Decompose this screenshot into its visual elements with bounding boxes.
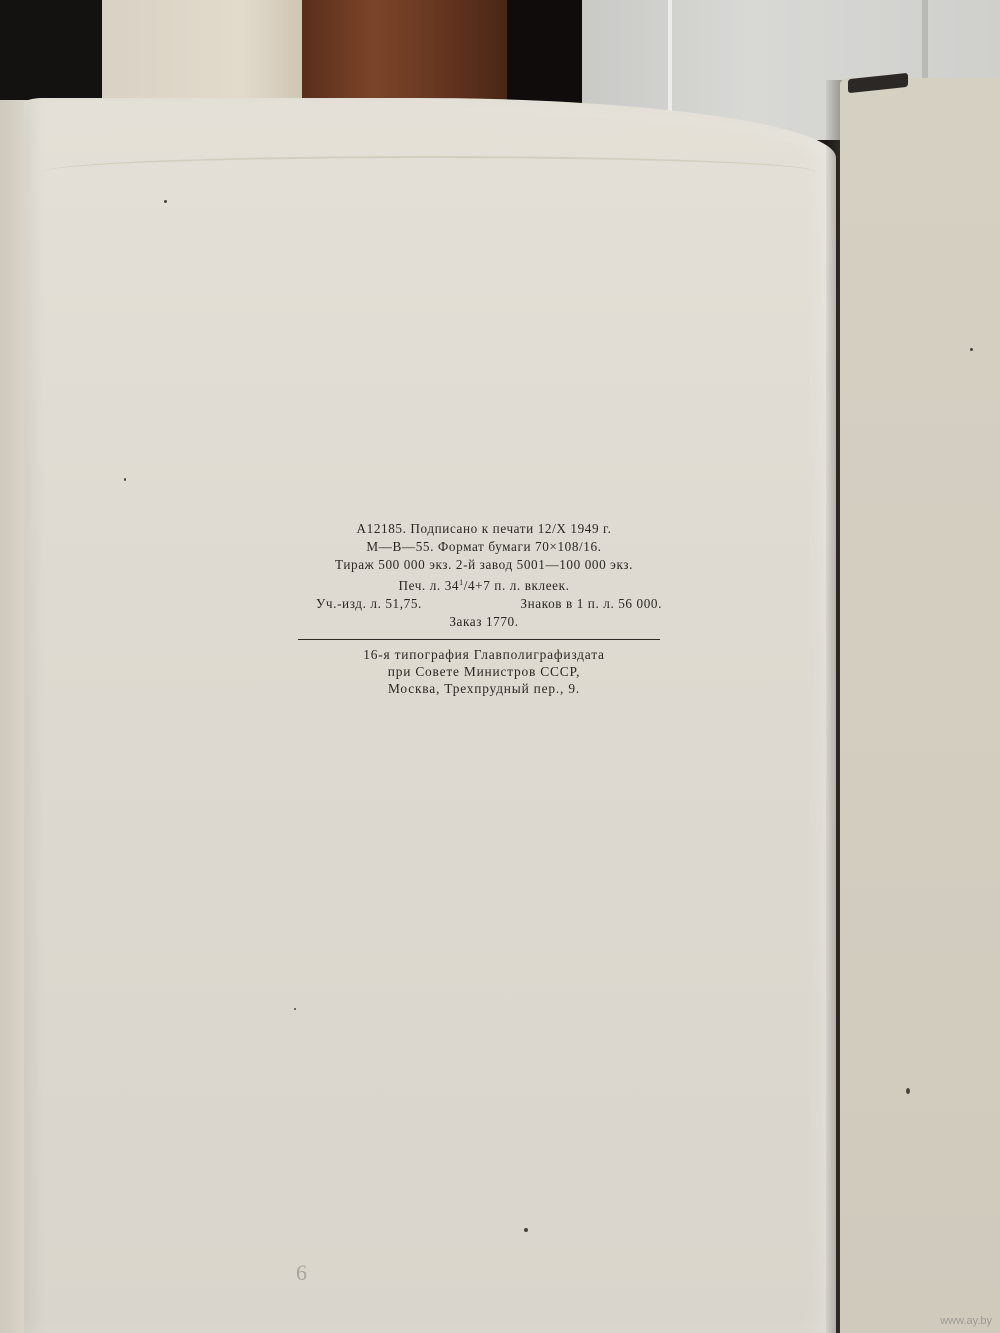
photo-scene: А12185. Подписано к печати 12/X 1949 г. … xyxy=(0,0,1000,1333)
imprint-line-order: Заказ 1770. xyxy=(298,613,670,631)
printer-address: Москва, Трехпрудный пер., 9. xyxy=(298,680,670,697)
printer-block: 16-я типография Главполиграфиздата при С… xyxy=(298,646,670,697)
faint-page-mark: 6 xyxy=(296,1260,307,1286)
imprint-line-format: М—В—55. Формат бумаги 70×108/16. xyxy=(298,538,670,556)
divider-rule xyxy=(298,639,660,640)
paper-speck xyxy=(906,1088,910,1094)
watermark: www.ay.by xyxy=(940,1315,992,1327)
paper-speck xyxy=(164,200,167,203)
paper-speck xyxy=(294,1008,296,1010)
paper-speck xyxy=(524,1228,528,1232)
paper-speck xyxy=(970,348,973,351)
book-page-left xyxy=(24,98,836,1333)
imprint-line-signed: А12185. Подписано к печати 12/X 1949 г. xyxy=(298,520,670,538)
background-highlight xyxy=(668,0,672,120)
book-page-right xyxy=(840,78,1000,1333)
imprint-line-print-run: Тираж 500 000 экз. 2-й завод 5001—100 00… xyxy=(298,556,670,574)
paper-speck xyxy=(124,478,126,481)
printer-affiliation: при Совете Министров СССР, xyxy=(298,663,670,680)
colophon-block: А12185. Подписано к печати 12/X 1949 г. … xyxy=(298,520,670,697)
imprint-line-sheets: Печ. л. 341/4+7 п. л. вклеек. xyxy=(298,574,670,595)
printer-name: 16-я типография Главполиграфиздата xyxy=(298,646,670,663)
characters-per-sheet: Знаков в 1 п. л. 56 000. xyxy=(520,595,662,613)
publisher-sheets: Уч.-изд. л. 51,75. xyxy=(316,595,422,613)
imprint-line-publisher-sheets: Уч.-изд. л. 51,75. Знаков в 1 п. л. 56 0… xyxy=(298,595,670,613)
